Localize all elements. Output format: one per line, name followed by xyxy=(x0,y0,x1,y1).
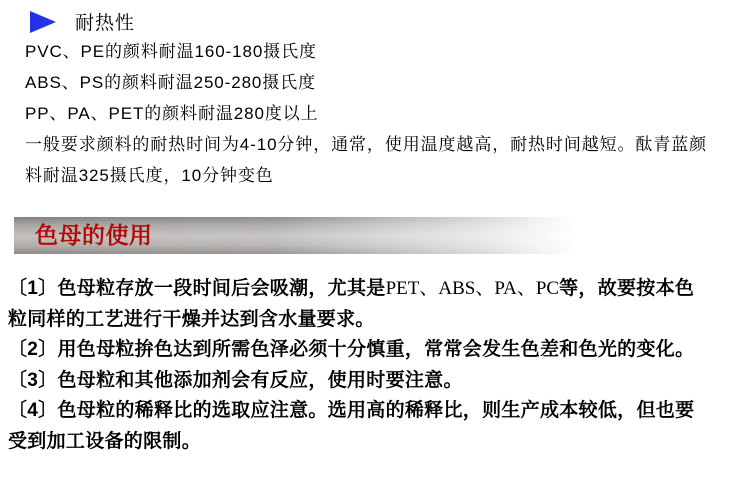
list-item-1-text-pre: 色母粒存放一段时间后会吸潮，尤其是 xyxy=(57,278,385,299)
usage-banner-title: 色母的使用 xyxy=(14,217,592,254)
heat-line-pvc-pe: PVC、PE的颜料耐温160-180摄氏度 xyxy=(25,36,715,67)
list-item-4: 〔4〕色母粒的稀释比的选取应注意。选用高的稀释比，则生产成本较低，但也要受到加工… xyxy=(8,396,712,457)
list-item-1: 〔1〕色母粒存放一段时间后会吸潮，尤其是PET、ABS、PA、PC等，故要按本色… xyxy=(8,274,712,335)
list-item-2: 〔2〕用色母粒拚色达到所需色泽必须十分慎重，常常会发生色差和色光的变化。 xyxy=(8,335,712,366)
heat-line-abs-ps: ABS、PS的颜料耐温250-280摄氏度 xyxy=(25,67,715,98)
heat-section-body: PVC、PE的颜料耐温160-180摄氏度 ABS、PS的颜料耐温250-280… xyxy=(25,36,715,191)
heat-line-pp-pa-pet: PP、PA、PET的颜料耐温280度以上 xyxy=(25,98,715,129)
list-item-2-text: 用色母粒拚色达到所需色泽必须十分慎重，常常会发生色差和色光的变化。 xyxy=(57,339,694,360)
list-item-1-marker: 〔1〕 xyxy=(8,278,57,299)
list-item-4-text: 色母粒的稀释比的选取应注意。选用高的稀释比，则生产成本较低，但也要受到加工设备的… xyxy=(8,400,694,452)
page: 耐热性 PVC、PE的颜料耐温160-180摄氏度 ABS、PS的颜料耐温250… xyxy=(0,0,750,500)
heat-section-header: 耐热性 xyxy=(30,8,135,35)
heat-section-title: 耐热性 xyxy=(75,8,135,35)
list-item-3-marker: 〔3〕 xyxy=(8,370,57,391)
list-item-2-marker: 〔2〕 xyxy=(8,339,57,360)
list-item-3: 〔3〕色母粒和其他添加剂会有反应，使用时要注意。 xyxy=(8,366,712,397)
list-item-4-marker: 〔4〕 xyxy=(8,400,57,421)
usage-list: 〔1〕色母粒存放一段时间后会吸潮，尤其是PET、ABS、PA、PC等，故要按本色… xyxy=(8,274,712,457)
heat-line-general: 一般要求颜料的耐热时间为4-10分钟，通常，使用温度越高，耐热时间越短。酞青蓝颜… xyxy=(25,129,715,191)
list-item-1-latin: PET、ABS、PA、PC xyxy=(386,278,560,299)
play-triangle-icon xyxy=(30,11,56,33)
list-item-3-text: 色母粒和其他添加剂会有反应，使用时要注意。 xyxy=(57,370,462,391)
usage-banner: 色母的使用 xyxy=(14,217,592,254)
